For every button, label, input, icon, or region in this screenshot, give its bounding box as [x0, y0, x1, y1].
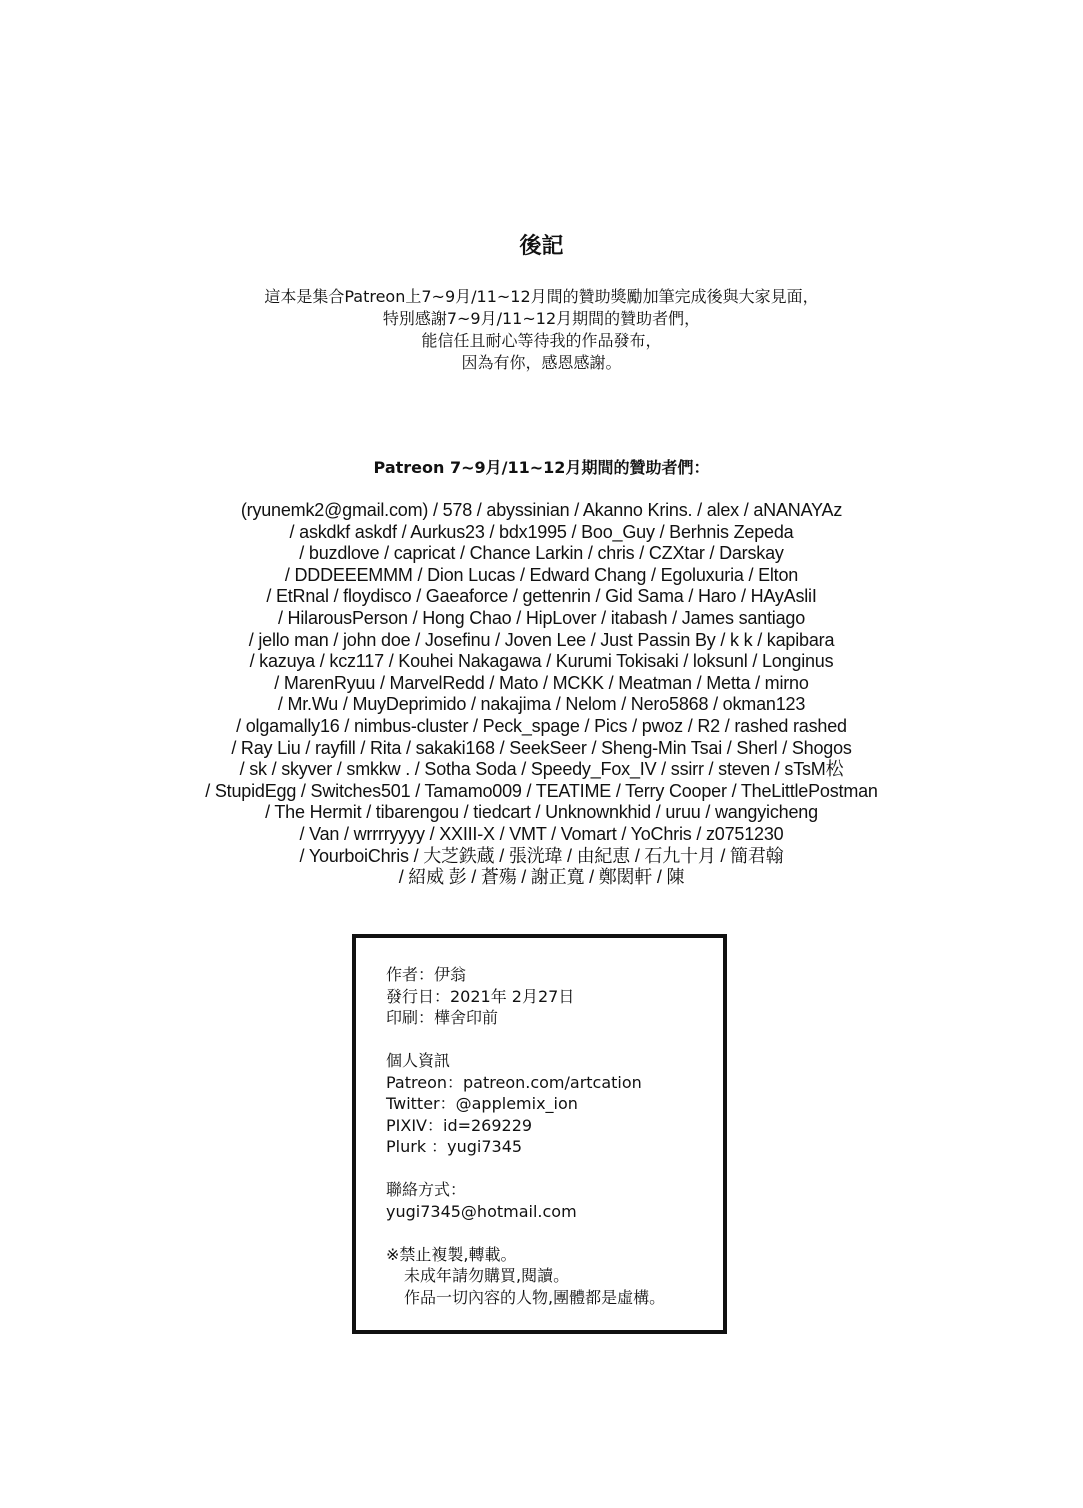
intro-line: 這本是集合Patreon上7~9月/11~12月間的贊助獎勵加筆完成後與大家見面… [0, 286, 1083, 308]
afterword-intro: 這本是集合Patreon上7~9月/11~12月間的贊助獎勵加筆完成後與大家見面… [0, 286, 1083, 374]
intro-line: 能信任且耐心等待我的作品發布， [0, 330, 1083, 352]
pixiv-line: PIXIV：id=269229 [386, 1115, 665, 1137]
sponsors-line: / MarenRyuu / MarvelRedd / Mato / MCKK /… [0, 673, 1083, 695]
author-line: 作者：伊翁 [386, 964, 665, 986]
afterword-title: 後記 [0, 232, 1083, 262]
sponsors-line: / 紹威 彭 / 蒼殤 / 謝正寬 / 鄭閎軒 / 陳 [0, 867, 1083, 889]
sponsors-line: / kazuya / kcz117 / Kouhei Nakagawa / Ku… [0, 651, 1083, 673]
sponsors-line: / sk / skyver / smkkw . / Sotha Soda / S… [0, 759, 1083, 781]
printer-line: 印刷：樺舍印前 [386, 1007, 665, 1029]
sponsors-heading: Patreon 7~9月/11~12月期間的贊助者們： [0, 456, 1083, 480]
sponsors-line: (ryunemk2@gmail.com) / 578 / abyssinian … [0, 500, 1083, 522]
sponsors-list: (ryunemk2@gmail.com) / 578 / abyssinian … [0, 500, 1083, 889]
colophon-box: 作者：伊翁 發行日：2021年 2月27日 印刷：樺舍印前 個人資訊 Patre… [352, 934, 727, 1334]
sponsors-line: / DDDEEEMMM / Dion Lucas / Edward Chang … [0, 565, 1083, 587]
colophon-content: 作者：伊翁 發行日：2021年 2月27日 印刷：樺舍印前 個人資訊 Patre… [386, 964, 665, 1308]
intro-line: 特別感謝7~9月/11~12月期間的贊助者們， [0, 308, 1083, 330]
notice-line: 未成年請勿購買,閱讀。 [386, 1265, 665, 1287]
sponsors-line: / Ray Liu / rayfill / Rita / sakaki168 /… [0, 738, 1083, 760]
patreon-line: Patreon：patreon.com/artcation [386, 1072, 665, 1094]
sponsors-line: / askdkf askdf / Aurkus23 / bdx1995 / Bo… [0, 522, 1083, 544]
sponsors-line: / StupidEgg / Switches501 / Tamamo009 / … [0, 781, 1083, 803]
intro-line: 因為有你，感恩感謝。 [0, 352, 1083, 374]
sponsors-line: / EtRnal / floydisco / Gaeaforce / gette… [0, 586, 1083, 608]
notice-line: ※禁止複製,轉載。 [386, 1244, 665, 1266]
spacer [386, 1158, 665, 1180]
sponsors-line: / jello man / john doe / Josefinu / Jove… [0, 630, 1083, 652]
sponsors-line: / buzdlove / capricat / Chance Larkin / … [0, 543, 1083, 565]
sponsors-line: / Mr.Wu / MuyDeprimido / nakajima / Nelo… [0, 694, 1083, 716]
notice-line: 作品一切內容的人物,團體都是虛構。 [386, 1287, 665, 1309]
spacer [386, 1029, 665, 1051]
email-line: yugi7345@hotmail.com [386, 1201, 665, 1223]
sponsors-line: / The Hermit / tibarengou / tiedcart / U… [0, 802, 1083, 824]
sponsors-line: / olgamally16 / nimbus-cluster / Peck_sp… [0, 716, 1083, 738]
sponsors-line: / YourboiChris / 大芝鉄蔵 / 張洸瑋 / 由紀恵 / 石九十月… [0, 846, 1083, 868]
contact-heading: 聯絡方式： [386, 1179, 665, 1201]
publish-date-line: 發行日：2021年 2月27日 [386, 986, 665, 1008]
twitter-line: Twitter：@applemix_ion [386, 1093, 665, 1115]
spacer [386, 1222, 665, 1244]
sponsors-line: / Van / wrrrryyyy / XXIII-X / VMT / Voma… [0, 824, 1083, 846]
sponsors-line: / HilarousPerson / Hong Chao / HipLover … [0, 608, 1083, 630]
personal-info-heading: 個人資訊 [386, 1050, 665, 1072]
plurk-line: Plurk ：yugi7345 [386, 1136, 665, 1158]
